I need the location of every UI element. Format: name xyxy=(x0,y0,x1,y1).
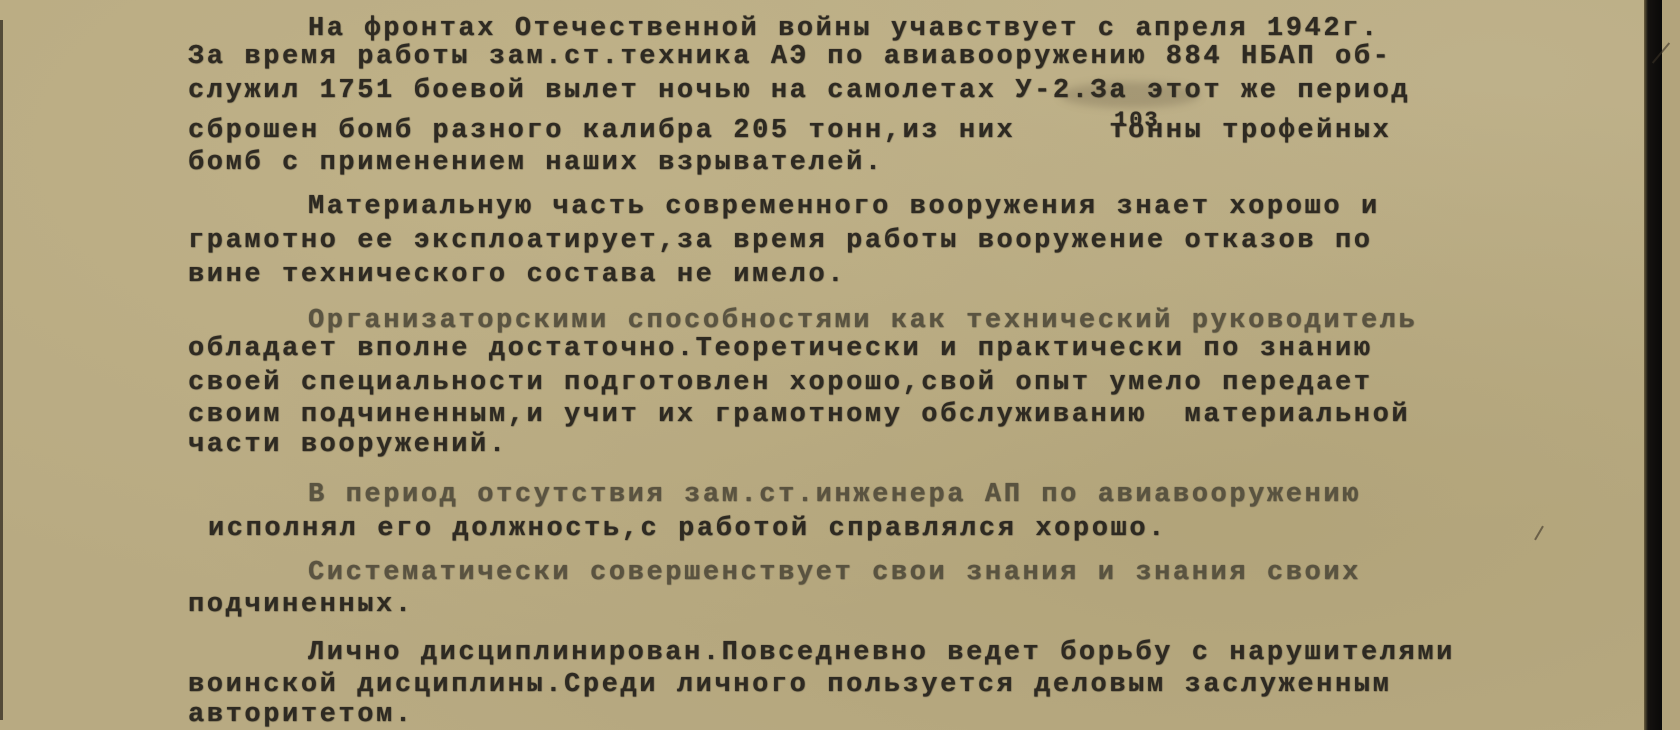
handwritten-insert-number: 103 xyxy=(1114,108,1160,133)
text-line: В период отсутствия зам.ст.инженера АП п… xyxy=(308,480,1361,510)
text-line: Лично дисциплинирован.Повседневно ведет … xyxy=(308,638,1455,668)
text-line: сброшен бомб разного калибра 205 тонн,из… xyxy=(188,116,1391,146)
text-line: За время работы зам.ст.техника АЭ по ави… xyxy=(188,42,1391,72)
text-line: части вооружений. xyxy=(188,430,508,460)
text-line: своим подчиненным,и учит их грамотному о… xyxy=(188,400,1410,430)
text-line: своей специальности подготовлен хорошо,с… xyxy=(188,368,1373,398)
typewritten-text: На фронтах Отечественной войны учавствуе… xyxy=(0,0,1662,730)
document-page: На фронтах Отечественной войны учавствуе… xyxy=(0,0,1662,730)
text-line: На фронтах Отечественной войны учавствуе… xyxy=(308,14,1380,44)
text-line: авторитетом. xyxy=(188,700,414,730)
text-line: грамотно ее эксплоатирует,за время работ… xyxy=(188,226,1373,256)
text-line: служил 1751 боевой вылет ночью на самоле… xyxy=(188,76,1410,106)
text-line: вине технического состава не имело. xyxy=(188,260,846,290)
text-line: бомб с применением наших взрывателей. xyxy=(188,148,884,178)
text-line: Организаторскими способностями как техни… xyxy=(308,306,1417,336)
text-line: Систематически совершенствует свои знани… xyxy=(308,558,1361,588)
text-line: воинской дисциплины.Среди личного пользу… xyxy=(188,670,1391,700)
text-line: Материальную часть современного вооружен… xyxy=(308,192,1380,222)
text-line: подчиненных. xyxy=(188,590,414,620)
text-line: обладает вполне достаточно.Теоретически … xyxy=(188,334,1373,364)
text-line: исполнял его должность,с работой справля… xyxy=(208,514,1167,544)
